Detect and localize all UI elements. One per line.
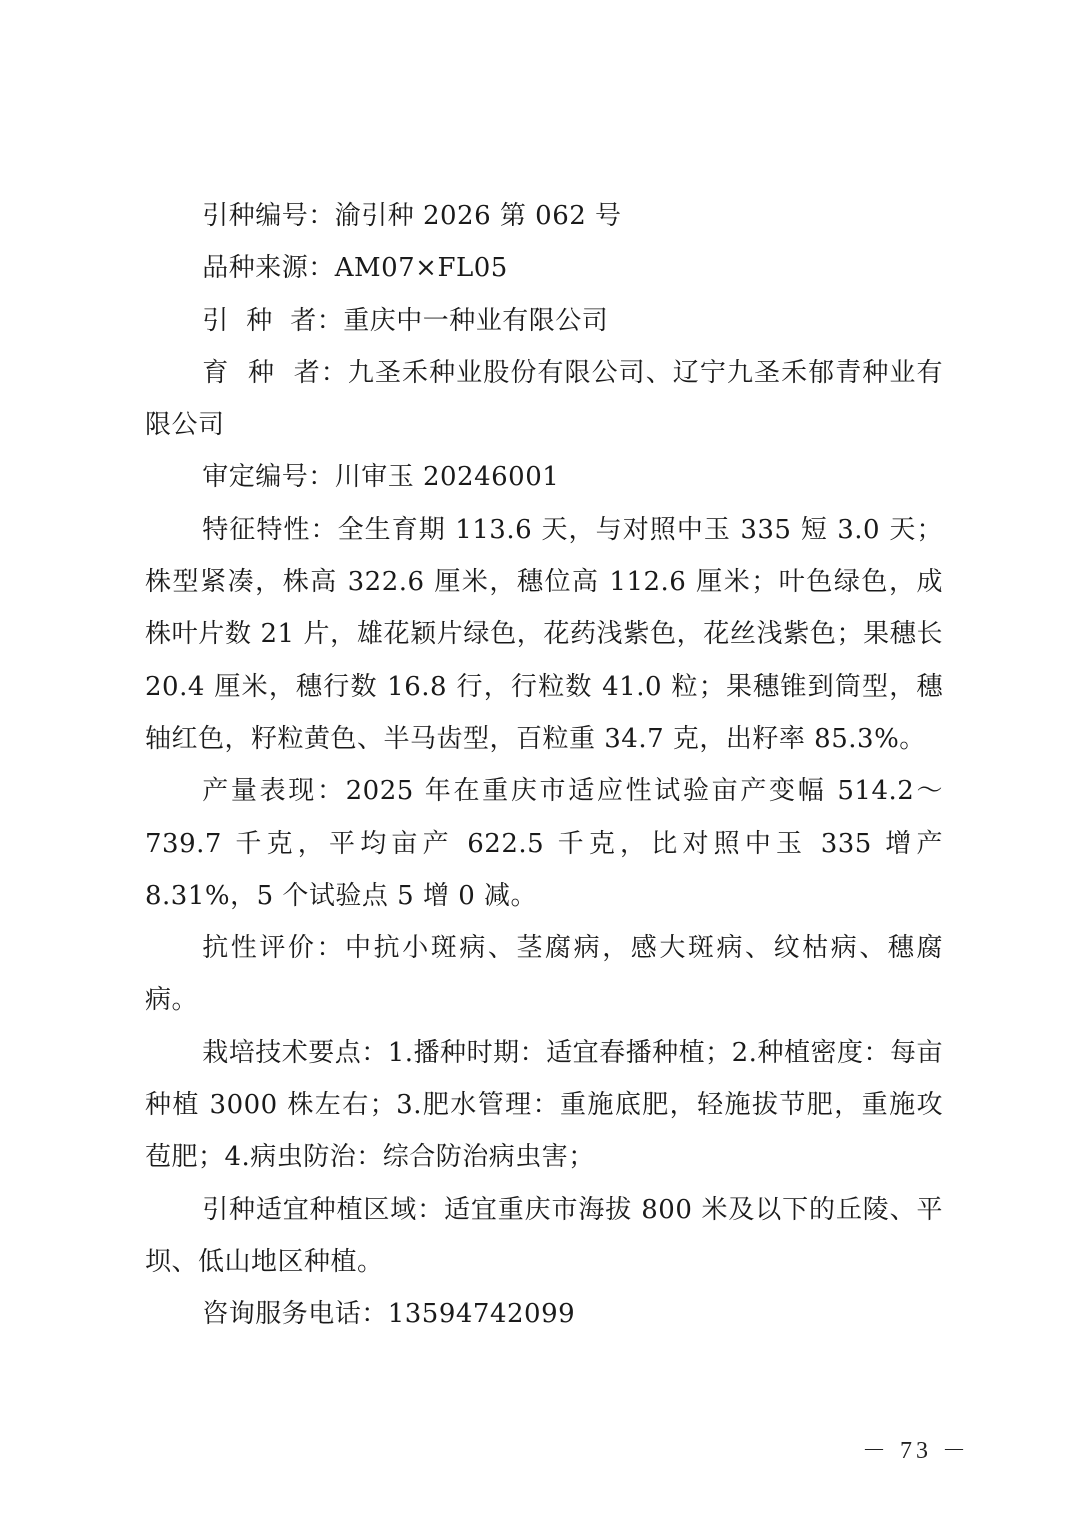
resistance-evaluation: 抗性评价：中抗小斑病、茎腐病，感大斑病、纹枯病、穗腐病。 bbox=[145, 922, 943, 1027]
characteristics: 特征特性：全生育期 113.6 天，与对照中玉 335 短 3.0 天；株型紧凑… bbox=[145, 504, 943, 765]
introduction-number: 引种编号：渝引种 2026 第 062 号 bbox=[145, 190, 943, 242]
yield-performance: 产量表现：2025 年在重庆市适应性试验亩产变幅 514.2～739.7 千克，… bbox=[145, 765, 943, 922]
breeder: 育 种 者：九圣禾种业股份有限公司、辽宁九圣禾郁青种业有限公司 bbox=[145, 347, 943, 452]
approval-number: 审定编号：川审玉 20246001 bbox=[145, 451, 943, 503]
document-body: 引种编号：渝引种 2026 第 062 号 品种来源：AM07×FL05 引 种… bbox=[145, 190, 943, 1341]
variety-source: 品种来源：AM07×FL05 bbox=[145, 242, 943, 294]
introducer: 引 种 者：重庆中一种业有限公司 bbox=[145, 295, 943, 347]
cultivation-key-points: 栽培技术要点：1.播种时期：适宜春播种植；2.种植密度：每亩种植 3000 株左… bbox=[145, 1027, 943, 1184]
page-number: － 73 － bbox=[862, 1430, 970, 1465]
suitable-planting-region: 引种适宜种植区域：适宜重庆市海拔 800 米及以下的丘陵、平坝、低山地区种植。 bbox=[145, 1184, 943, 1289]
consultation-phone: 咨询服务电话：13594742099 bbox=[145, 1288, 943, 1340]
